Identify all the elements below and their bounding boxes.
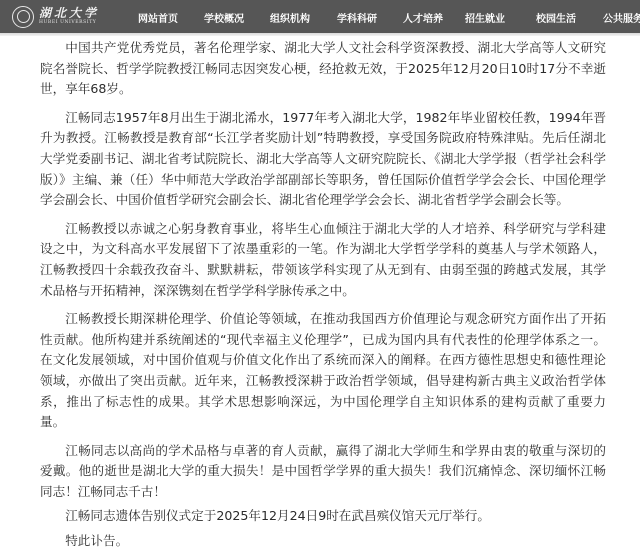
site-header: 湖北大学 HUBEI UNIVERSITY 网站首页 学校概况 组织机构 学科科… bbox=[0, 0, 640, 33]
logo-text: 湖北大学 HUBEI UNIVERSITY bbox=[39, 7, 99, 26]
nav-item-about[interactable]: 学校概况 bbox=[204, 10, 244, 25]
nav-item-campus-life[interactable]: 校园生活 bbox=[536, 10, 576, 25]
logo-name-en: HUBEI UNIVERSITY bbox=[39, 21, 99, 26]
article-paragraph-tribute: 江畅同志以高尚的学术品格与卓著的育人贡献，赢得了湖北大学师生和学界由衷的敬重与深… bbox=[40, 441, 606, 468]
article-paragraph-biography: 江畅同志1957年8月出生于湖北浠水，1977年考入湖北大学，1982年毕业留校… bbox=[40, 108, 606, 211]
nav-item-admissions[interactable]: 招生就业 bbox=[465, 10, 505, 25]
university-logo[interactable]: 湖北大学 HUBEI UNIVERSITY bbox=[12, 3, 99, 30]
logo-name-cn: 湖北大学 bbox=[39, 7, 99, 19]
nav-item-research[interactable]: 学科科研 bbox=[337, 10, 377, 25]
nav-item-organization[interactable]: 组织机构 bbox=[270, 10, 310, 25]
nav-item-education[interactable]: 人才培养 bbox=[403, 10, 443, 25]
obituary-article: 中国共产党优秀党员，著名伦理学家、湖北大学人文社会科学资深教授、湖北大学高等人文… bbox=[40, 38, 606, 468]
article-paragraph-announcement: 中国共产党优秀党员，著名伦理学家、湖北大学人文社会科学资深教授、湖北大学高等人文… bbox=[40, 38, 606, 100]
article-paragraph-education-career: 江畅教授以赤诚之心躬身教育事业，将毕生心血倾注于湖北大学的人才培养、科学研究与学… bbox=[40, 219, 606, 301]
nav-item-home[interactable]: 网站首页 bbox=[138, 10, 178, 25]
university-emblem-icon bbox=[12, 6, 34, 28]
article-paragraph-academic-contributions: 江畅教授长期深耕伦理学、价值论等领域，在推动我国西方价值理论与观念研究方面作出了… bbox=[40, 309, 606, 433]
header-divider bbox=[0, 33, 640, 36]
emblem-inner-ring bbox=[17, 10, 30, 23]
nav-item-public-services[interactable]: 公共服务 bbox=[603, 10, 640, 25]
